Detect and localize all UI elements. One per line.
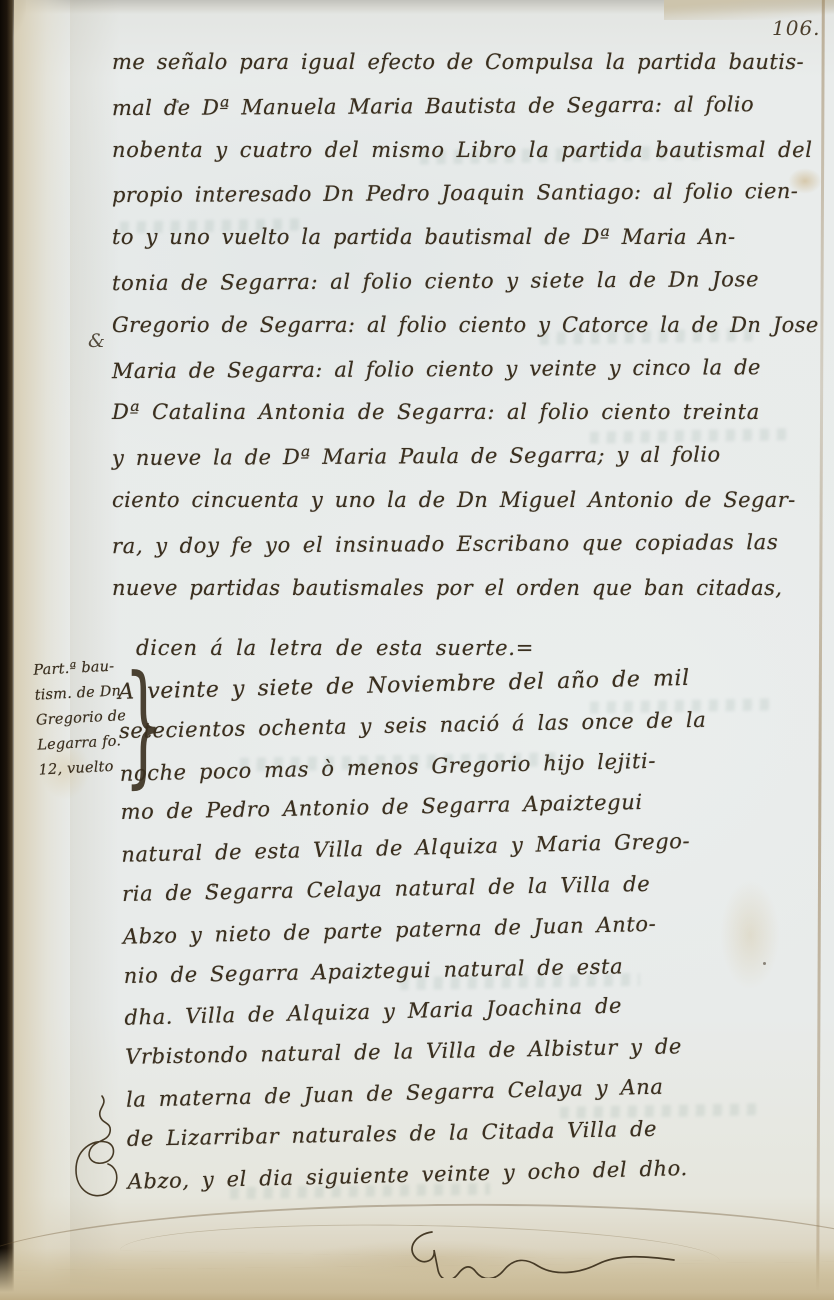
text-line: to y uno vuelto la partida bautismal de …: [112, 225, 812, 269]
text-line: me señalo para igual efecto de Compulsa …: [112, 50, 812, 94]
text-line: ra, y doy fe yo el insinuado Escribano q…: [112, 530, 812, 578]
folio-number: 106.: [772, 16, 821, 40]
binding-strip: [0, 0, 15, 1300]
manuscript-scan: 106. me señalo para igual efecto de Comp…: [0, 0, 834, 1300]
insertion-mark: &: [88, 330, 105, 352]
text-line: Dª Catalina Antonia de Segarra: al folio…: [112, 400, 812, 444]
paragraph-baptism-entry: A veinte y siete de Noviembre del año de…: [118, 665, 828, 1209]
end-flourish: [396, 1214, 686, 1282]
text-line: propio interesado Dn Pedro Joaquin Santi…: [112, 179, 812, 227]
text-line: tonia de Segarra: al folio ciento y siet…: [112, 267, 812, 315]
text-line: nueve partidas bautismales por el orden …: [112, 576, 812, 620]
text-line: mal de Dª Manuela Maria Bautista de Sega…: [112, 92, 812, 140]
text-line: Maria de Segarra: al folio ciento y vein…: [112, 354, 812, 402]
rubric-mark: [56, 1090, 146, 1254]
paragraph-first: me señalo para igual efecto de Compulsa …: [112, 50, 812, 619]
text-line: dicen á la letra de esta suerte.=: [136, 636, 534, 660]
text-line: Gregorio de Segarra: al folio ciento y C…: [112, 313, 812, 357]
text-line: nobenta y cuatro del mismo Libro la part…: [112, 138, 812, 182]
text-line: ciento cincuenta y uno la de Dn Miguel A…: [112, 488, 812, 532]
text-line: y nueve la de Dª Maria Paula de Segarra;…: [112, 442, 812, 490]
